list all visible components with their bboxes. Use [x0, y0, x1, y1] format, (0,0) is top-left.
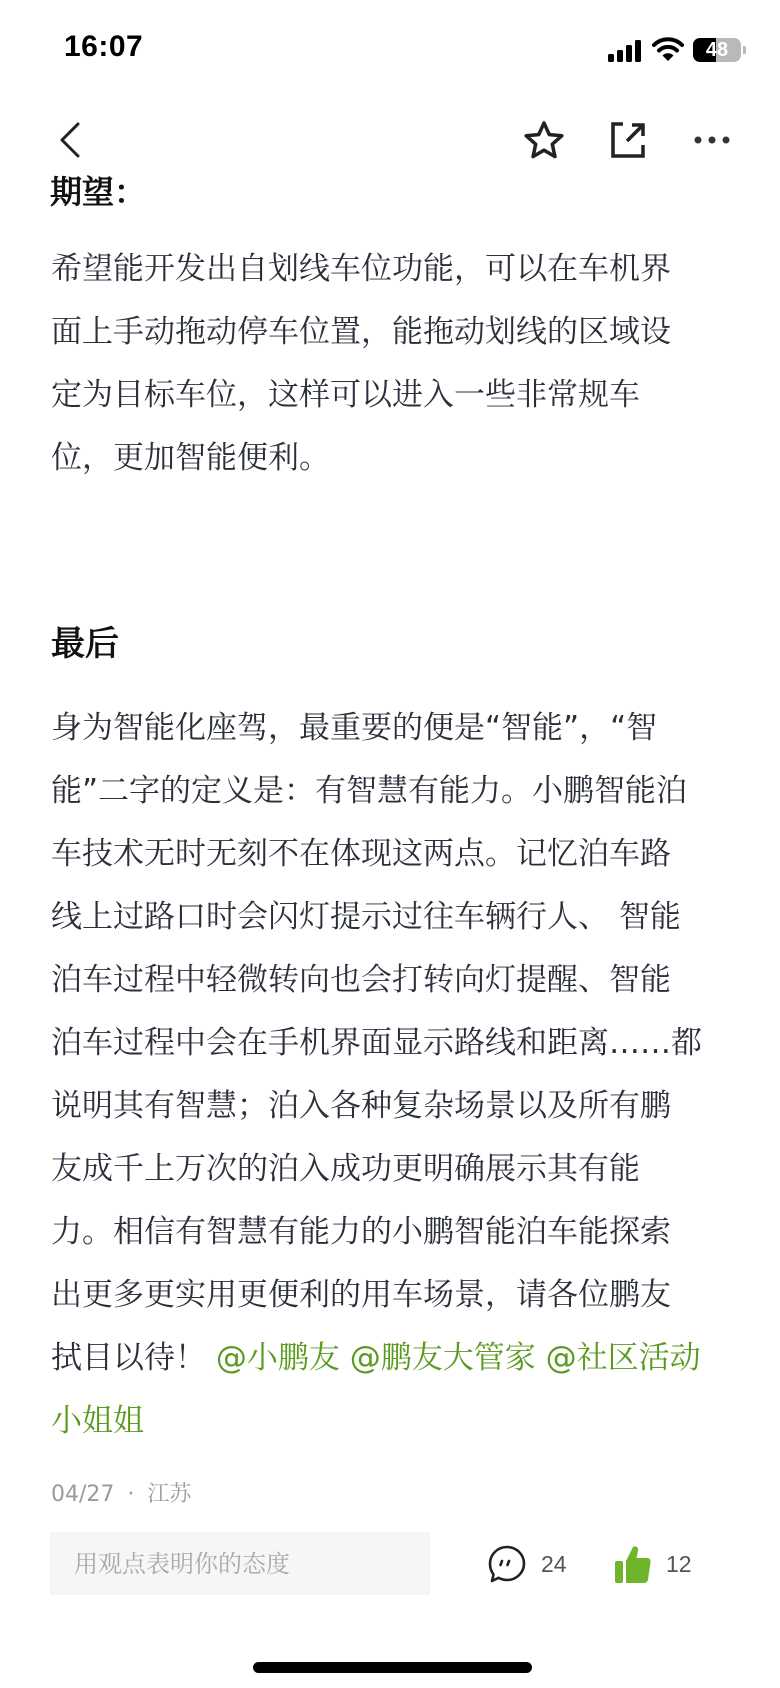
wifi-icon: [652, 36, 684, 62]
text-line: 说明其有智慧；泊入各种复杂场景以及所有鹏: [51, 1075, 731, 1138]
paragraph-conclusion: 身为智能化座驾，最重要的便是“智能”，“智 能”二字的定义是：有智慧有能力。小鹏…: [51, 697, 731, 1453]
more-button[interactable]: [690, 118, 734, 162]
text-line: 友成千上万次的泊入成功更明确展示其有能: [51, 1138, 731, 1201]
text-line: 出更多更实用更便利的用车场景，请各位鹏友: [51, 1264, 731, 1327]
more-horizontal-icon: [693, 135, 731, 145]
chevron-left-icon: [58, 122, 82, 158]
home-indicator[interactable]: [253, 1662, 532, 1673]
text-line: 线上过路口时会闪灯提示过往车辆行人、 智能: [51, 886, 731, 949]
post-date: 04/27: [51, 1482, 114, 1507]
text-line: 面上手动拖动停车位置，能拖动划线的区域设: [51, 301, 731, 364]
meta-separator: ·: [127, 1482, 134, 1507]
comment-input[interactable]: [50, 1532, 430, 1595]
battery-icon: 48: [693, 38, 741, 62]
status-bar: 16:07 48: [0, 0, 780, 90]
text-line: 定为目标车位，这样可以进入一些非常规车: [51, 364, 731, 427]
share-button[interactable]: [606, 118, 650, 162]
mention-link-tail[interactable]: 小姐姐: [51, 1403, 144, 1439]
status-time: 16:07: [64, 30, 143, 64]
cellular-signal-icon: [608, 38, 642, 62]
battery-cap: [743, 46, 746, 54]
text-line: 能”二字的定义是：有智慧有能力。小鹏智能泊: [51, 760, 731, 823]
mention-link[interactable]: @社区活动: [546, 1340, 701, 1376]
text-line: 小姐姐: [51, 1390, 731, 1453]
favorite-button[interactable]: [522, 118, 566, 162]
mention-link[interactable]: @小鹏友: [216, 1340, 340, 1376]
closing-text: 拭目以待！: [51, 1340, 206, 1376]
text-line: 希望能开发出自划线车位功能，可以在车机界: [51, 238, 731, 301]
battery-percent: 48: [693, 38, 741, 62]
comments-button[interactable]: 24: [487, 1544, 567, 1584]
thumbs-up-icon: [614, 1544, 652, 1584]
section-title: 最后: [51, 622, 119, 666]
star-outline-icon: [523, 120, 565, 160]
back-button[interactable]: [48, 118, 92, 162]
comment-bubble-icon: [487, 1544, 527, 1584]
comment-bar: 24 12: [0, 1530, 780, 1600]
nav-bar: [0, 90, 780, 180]
share-external-icon: [610, 121, 646, 159]
text-line: 身为智能化座驾，最重要的便是“智能”，“智: [51, 697, 731, 760]
paragraph-expectation: 希望能开发出自划线车位功能，可以在车机界 面上手动拖动停车位置，能拖动划线的区域…: [51, 238, 731, 490]
post-meta: 04/27 · 江苏: [51, 1480, 191, 1510]
comment-count: 24: [541, 1551, 567, 1578]
like-button[interactable]: 12: [614, 1544, 692, 1584]
text-line: 力。相信有智慧有能力的小鹏智能泊车能探索: [51, 1201, 731, 1264]
like-count: 12: [666, 1551, 692, 1578]
text-line: 泊车过程中会在手机界面显示路线和距离……都: [51, 1012, 731, 1075]
text-line: 车技术无时无刻不在体现这两点。记忆泊车路: [51, 823, 731, 886]
post-location: 江苏: [147, 1482, 191, 1507]
text-line: 拭目以待！ @小鹏友 @鹏友大管家 @社区活动: [51, 1327, 731, 1390]
text-line: 位，更加智能便利。: [51, 427, 731, 490]
text-line: 泊车过程中轻微转向也会打转向灯提醒、智能: [51, 949, 731, 1012]
mention-link[interactable]: @鹏友大管家: [350, 1340, 536, 1376]
